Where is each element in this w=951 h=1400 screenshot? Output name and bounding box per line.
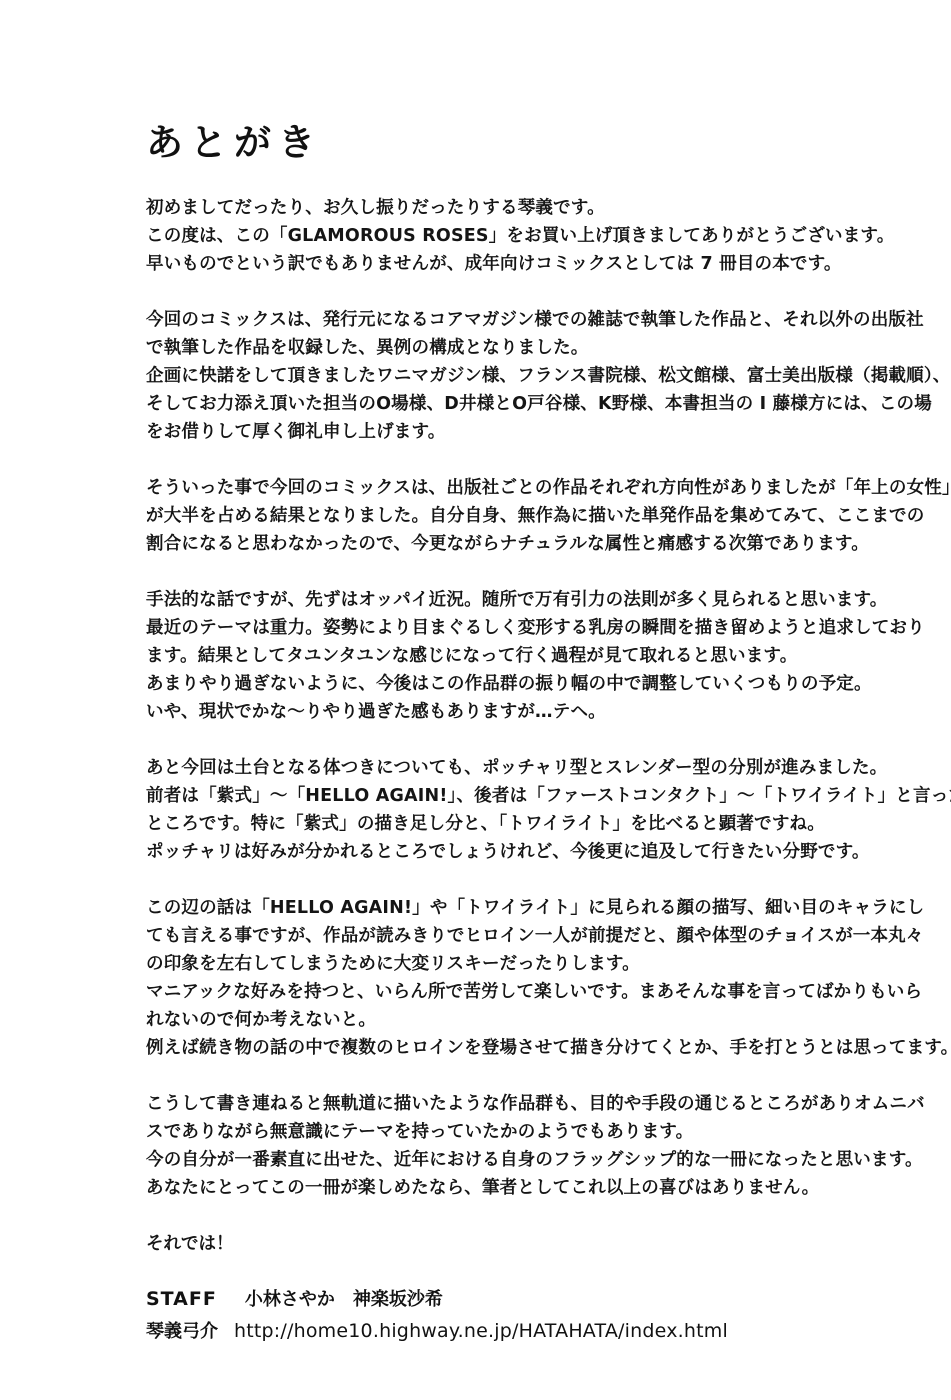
text-line: こうして書き連ねると無軌道に描いたような作品群も、目的や手段の通じるところがあり… (146, 1090, 896, 1118)
text-line: 企画に快諾をして頂きましたワニマガジン様、フランス書院様、松文館様、富士美出版様… (146, 362, 896, 390)
text-line: あなたにとってこの一冊が楽しめたなら、筆者としてこれ以上の喜びはありません。 (146, 1174, 896, 1202)
text-line: この度は、この「GLAMOROUS ROSES」をお買い上げ頂きましてありがとう… (146, 222, 896, 250)
paragraph-technique: 手法的な話ですが、先ずはオッパイ近況。随所で万有引力の法則が多く見られると思いま… (146, 586, 896, 726)
text-line: そしてお力添え頂いた担当のO場様、D井様とO戸谷様、K野様、本書担当の I 藤様… (146, 390, 896, 418)
text-line: 割合になると思わなかったので、今更ながらナチュラルな属性と痛感する次第であります… (146, 530, 896, 558)
staff-credits: STAFF小林さやか 神楽坂沙希 (146, 1284, 896, 1315)
text-line: 今回のコミックスは、発行元になるコアマガジン様での雑誌で執筆した作品と、それ以外… (146, 306, 896, 334)
text-line: あまりやり過ぎないように、今後はこの作品群の振り幅の中で調整していくつもりの予定… (146, 670, 896, 698)
text-line: の印象を左右してしまうために大変リスキーだったりします。 (146, 950, 896, 978)
author-credit: 琴義弓介http://home10.highway.ne.jp/HATAHATA… (146, 1315, 896, 1348)
text-line: この辺の話は「HELLO AGAIN!」や「トワイライト」に見られる顔の描写、細… (146, 894, 896, 922)
closing-remark: それでは！ (146, 1230, 896, 1258)
text-line: スでありながら無意識にテーマを持っていたかのようでもあります。 (146, 1118, 896, 1146)
paragraph-character-design: この辺の話は「HELLO AGAIN!」や「トワイライト」に見られる顔の描写、細… (146, 894, 896, 1062)
page-content: あとがき 初めましてだったり、お久し振りだったりする琴義です。 この度は、この「… (146, 120, 896, 1348)
text-line: 例えば続き物の話の中で複数のヒロインを登場させて描き分けてくとか、手を打とうとは… (146, 1034, 896, 1062)
text-line: をお借りして厚く御礼申し上げます。 (146, 418, 896, 446)
text-line: ます。結果としてタユンタユンな感じになって行く過程が見て取れると思います。 (146, 642, 896, 670)
text-line: 前者は「紫式」〜「HELLO AGAIN!」、後者は「ファーストコンタクト」〜「… (146, 782, 896, 810)
author-url: http://home10.highway.ne.jp/HATAHATA/ind… (234, 1320, 728, 1342)
staff-label: STAFF (146, 1288, 217, 1310)
paragraph-body-types: あと今回は土台となる体つきについても、ポッチャリ型とスレンダー型の分別が進みまし… (146, 754, 896, 866)
paragraph-conclusion: こうして書き連ねると無軌道に描いたような作品群も、目的や手段の通じるところがあり… (146, 1090, 896, 1202)
text-line: で執筆した作品を収録した、異例の構成となりました。 (146, 334, 896, 362)
text-line: あと今回は土台となる体つきについても、ポッチャリ型とスレンダー型の分別が進みまし… (146, 754, 896, 782)
author-name: 琴義弓介 (146, 1321, 218, 1342)
text-line: 早いものでという訳でもありませんが、成年向けコミックスとしては 7 冊目の本です… (146, 250, 896, 278)
afterword-page: あとがき 初めましてだったり、お久し振りだったりする琴義です。 この度は、この「… (0, 0, 951, 1400)
page-title: あとがき (146, 120, 896, 166)
text-line: 今の自分が一番素直に出せた、近年における自身のフラッグシップ的な一冊になったと思… (146, 1146, 896, 1174)
paragraph-publishers: 今回のコミックスは、発行元になるコアマガジン様での雑誌で執筆した作品と、それ以外… (146, 306, 896, 446)
text-line: いや、現状でかな〜りやり過ぎた感もありますが…テヘ。 (146, 698, 896, 726)
text-line: ても言える事ですが、作品が読みきりでヒロイン一人が前提だと、顔や体型のチョイスが… (146, 922, 896, 950)
text-line: れないので何か考えないと。 (146, 1006, 896, 1034)
text-line: 最近のテーマは重力。姿勢により目まぐるしく変形する乳房の瞬間を描き留めようと追求… (146, 614, 896, 642)
text-line: 手法的な話ですが、先ずはオッパイ近況。随所で万有引力の法則が多く見られると思いま… (146, 586, 896, 614)
text-line: ポッチャリは好みが分かれるところでしょうけれど、今後更に追及して行きたい分野です… (146, 838, 896, 866)
text-line: マニアックな好みを持つと、いらん所で苦労して楽しいです。まあそんな事を言ってばか… (146, 978, 896, 1006)
text-line: そういった事で今回のコミックスは、出版社ごとの作品それぞれ方向性がありましたが「… (146, 474, 896, 502)
staff-names: 小林さやか 神楽坂沙希 (245, 1289, 443, 1310)
text-line: が大半を占める結果となりました。自分自身、無作為に描いた単発作品を集めてみて、こ… (146, 502, 896, 530)
paragraph-greeting: 初めましてだったり、お久し振りだったりする琴義です。 この度は、この「GLAMO… (146, 194, 896, 278)
text-line: 初めましてだったり、お久し振りだったりする琴義です。 (146, 194, 896, 222)
paragraph-theme: そういった事で今回のコミックスは、出版社ごとの作品それぞれ方向性がありましたが「… (146, 474, 896, 558)
text-line: ところです。特に「紫式」の描き足し分と、「トワイライト」を比べると顕著ですね。 (146, 810, 896, 838)
